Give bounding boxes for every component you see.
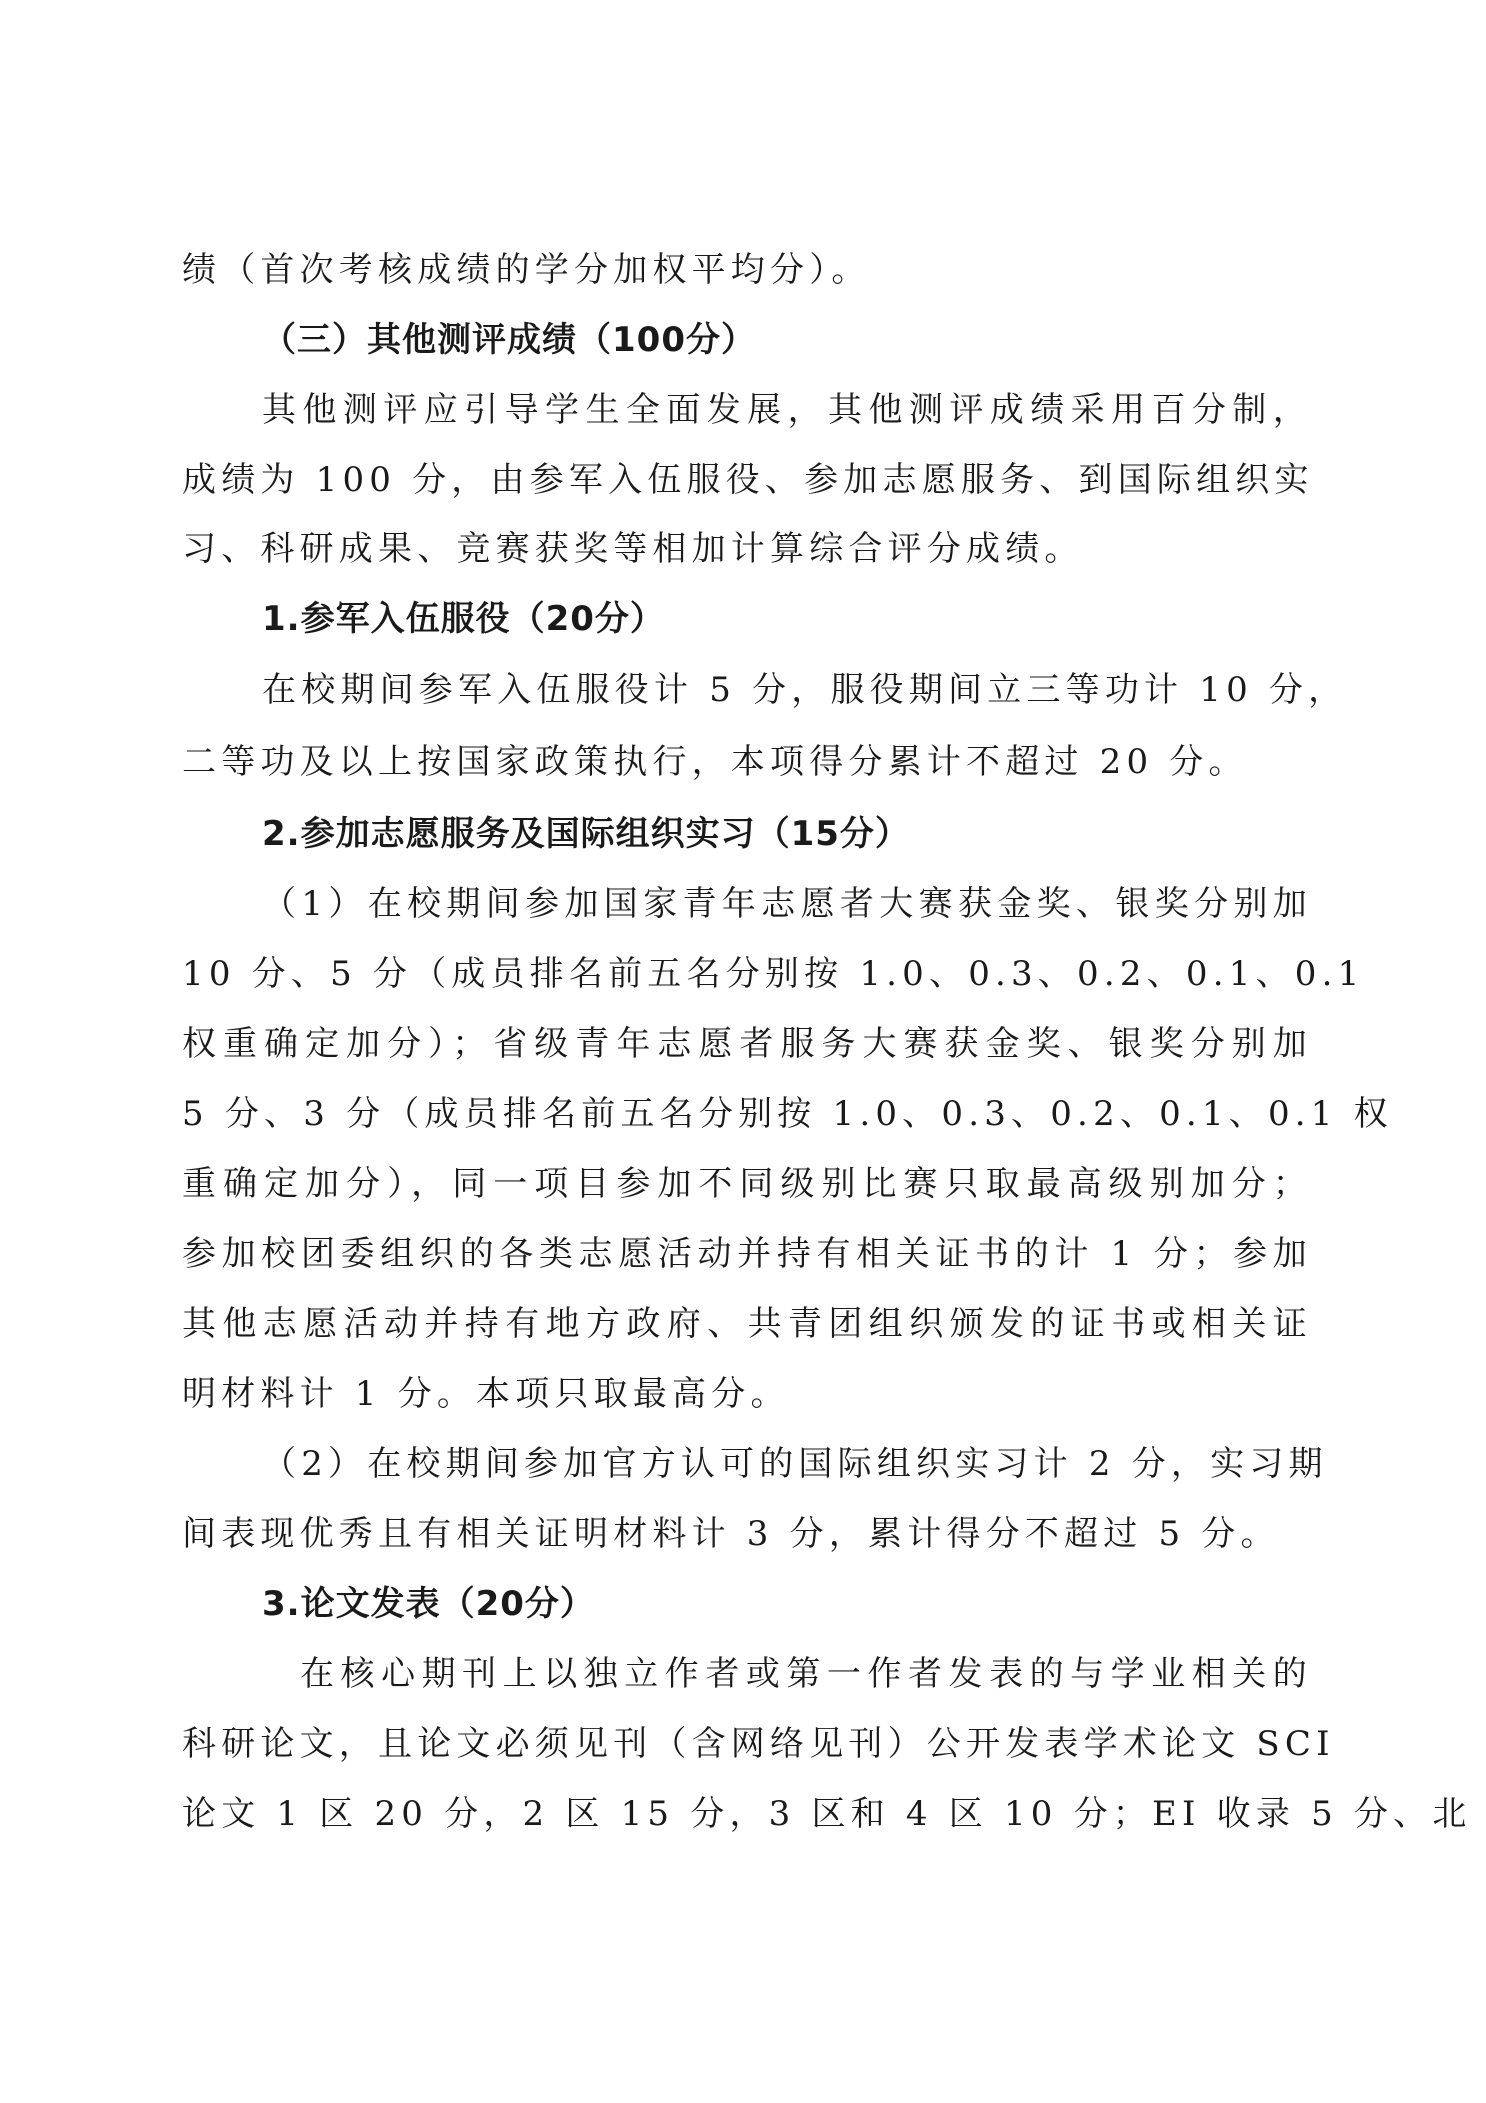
paragraph-line: 论文 1 区 20 分，2 区 15 分，3 区和 4 区 10 分；EI 收录… — [182, 1792, 1312, 1836]
paragraph-line: 成绩为 100 分，由参军入伍服役、参加志愿服务、到国际组织实 — [182, 458, 1312, 502]
paragraph-line: 在核心期刊上以独立作者或第一作者发表的与学业相关的 — [300, 1652, 1312, 1696]
paragraph-line: 在校期间参军入伍服役计 5 分，服役期间立三等功计 10 分， — [262, 668, 1312, 712]
paragraph-line: 其他测评应引导学生全面发展，其他测评成绩采用百分制， — [262, 388, 1312, 432]
paragraph-line: 权重确定加分）；省级青年志愿者服务大赛获金奖、银奖分别加 — [182, 1022, 1312, 1066]
paragraph-line-continuation: 绩（首次考核成绩的学分加权平均分）。 — [182, 248, 1312, 292]
paragraph-line: （1）在校期间参加国家青年志愿者大赛获金奖、银奖分别加 — [262, 882, 1312, 926]
section-heading-other-evaluation: （三）其他测评成绩（100分） — [262, 318, 756, 362]
paragraph-line: 5 分、3 分（成员排名前五名分别按 1.0、0.3、0.2、0.1、0.1 权 — [182, 1092, 1312, 1136]
paragraph-line: 重确定加分），同一项目参加不同级别比赛只取最高级别加分； — [182, 1162, 1312, 1206]
paragraph-line: 参加校团委组织的各类志愿活动并持有相关证书的计 1 分；参加 — [182, 1232, 1312, 1276]
subsection-heading-military-service: 1.参军入伍服役（20分） — [262, 597, 665, 641]
subsection-heading-paper-publication: 3.论文发表（20分） — [262, 1582, 595, 1626]
paragraph-line: 习、科研成果、竞赛获奖等相加计算综合评分成绩。 — [182, 527, 1312, 571]
subsection-heading-volunteer-internship: 2.参加志愿服务及国际组织实习（15分） — [262, 812, 910, 856]
paragraph-line: 科研论文，且论文必须见刊（含网络见刊）公开发表学术论文 SCI — [182, 1722, 1312, 1766]
paragraph-line: 10 分、5 分（成员排名前五名分别按 1.0、0.3、0.2、0.1、0.1 — [182, 952, 1312, 996]
paragraph-line: 间表现优秀且有相关证明材料计 3 分，累计得分不超过 5 分。 — [182, 1512, 1312, 1556]
paragraph-line: 明材料计 1 分。本项只取最高分。 — [182, 1372, 1312, 1416]
document-page: 绩（首次考核成绩的学分加权平均分）。 （三）其他测评成绩（100分） 其他测评应… — [0, 0, 1486, 2103]
paragraph-line: （2）在校期间参加官方认可的国际组织实习计 2 分，实习期 — [262, 1442, 1312, 1486]
paragraph-line: 其他志愿活动并持有地方政府、共青团组织颁发的证书或相关证 — [182, 1302, 1312, 1346]
paragraph-line: 二等功及以上按国家政策执行，本项得分累计不超过 20 分。 — [182, 740, 1312, 784]
